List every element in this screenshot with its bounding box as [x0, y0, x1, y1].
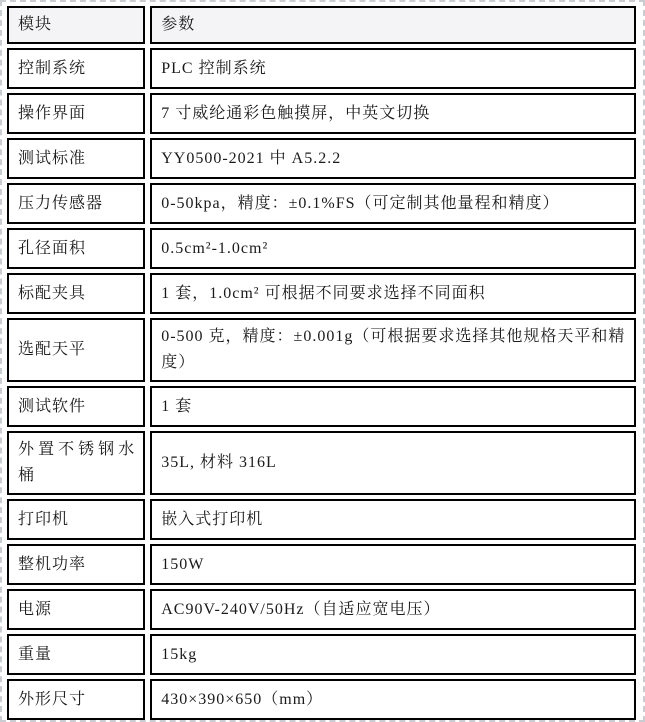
- module-cell: 测试标准: [7, 138, 145, 179]
- param-cell: 35L, 材料 316L: [150, 431, 636, 495]
- table-row: 选配天平 0-500 克，精度：±0.001g（可根据要求选择其他规格天平和精度…: [7, 318, 636, 382]
- table-row: 打印机 嵌入式打印机: [7, 499, 636, 540]
- module-cell: 打印机: [7, 499, 145, 540]
- header-cell-param: 参数: [150, 6, 636, 44]
- table-row: 控制系统 PLC 控制系统: [7, 48, 636, 89]
- param-cell: 150W: [150, 544, 636, 585]
- module-cell: 测试软件: [7, 386, 145, 427]
- spec-table: 模块 参数 控制系统 PLC 控制系统 操作界面 7 寸威纶通彩色触摸屏，中英文…: [2, 2, 641, 722]
- header-cell-module: 模块: [7, 6, 145, 44]
- module-cell: 孔径面积: [7, 228, 145, 269]
- module-cell: 控制系统: [7, 48, 145, 89]
- table-row: 标配夹具 1 套，1.0cm² 可根据不同要求选择不同面积: [7, 273, 636, 314]
- param-cell: PLC 控制系统: [150, 48, 636, 89]
- param-cell: 1 套，1.0cm² 可根据不同要求选择不同面积: [150, 273, 636, 314]
- param-cell: 15kg: [150, 634, 636, 675]
- table-header-row: 模块 参数: [7, 6, 636, 44]
- param-cell: 7 寸威纶通彩色触摸屏，中英文切换: [150, 93, 636, 134]
- module-cell: 压力传感器: [7, 183, 145, 224]
- table-row: 压力传感器 0-50kpa，精度：±0.1%FS（可定制其他量程和精度）: [7, 183, 636, 224]
- table-row: 操作界面 7 寸威纶通彩色触摸屏，中英文切换: [7, 93, 636, 134]
- table-row: 测试软件 1 套: [7, 386, 636, 427]
- param-cell: YY0500-2021 中 A5.2.2: [150, 138, 636, 179]
- module-cell: 标配夹具: [7, 273, 145, 314]
- module-cell: 选配天平: [7, 318, 145, 382]
- param-cell: 1 套: [150, 386, 636, 427]
- module-cell: 整机功率: [7, 544, 145, 585]
- module-cell: 电源: [7, 589, 145, 630]
- param-cell: 0-500 克，精度：±0.001g（可根据要求选择其他规格天平和精度）: [150, 318, 636, 382]
- param-cell: 430×390×650（mm）: [150, 679, 636, 720]
- table-row: 电源 AC90V-240V/50Hz（自适应宽电压）: [7, 589, 636, 630]
- table-row: 测试标准 YY0500-2021 中 A5.2.2: [7, 138, 636, 179]
- param-cell: 0-50kpa，精度：±0.1%FS（可定制其他量程和精度）: [150, 183, 636, 224]
- table-row: 外形尺寸 430×390×650（mm）: [7, 679, 636, 720]
- param-cell: AC90V-240V/50Hz（自适应宽电压）: [150, 589, 636, 630]
- module-cell: 外置不锈钢水桶: [7, 431, 145, 495]
- param-cell: 嵌入式打印机: [150, 499, 636, 540]
- table-row: 整机功率 150W: [7, 544, 636, 585]
- param-cell: 0.5cm²-1.0cm²: [150, 228, 636, 269]
- table-row: 外置不锈钢水桶 35L, 材料 316L: [7, 431, 636, 495]
- module-cell: 重量: [7, 634, 145, 675]
- document-page: 模块 参数 控制系统 PLC 控制系统 操作界面 7 寸威纶通彩色触摸屏，中英文…: [0, 0, 645, 722]
- table-row: 重量 15kg: [7, 634, 636, 675]
- module-cell: 操作界面: [7, 93, 145, 134]
- module-cell: 外形尺寸: [7, 679, 145, 720]
- table-row: 孔径面积 0.5cm²-1.0cm²: [7, 228, 636, 269]
